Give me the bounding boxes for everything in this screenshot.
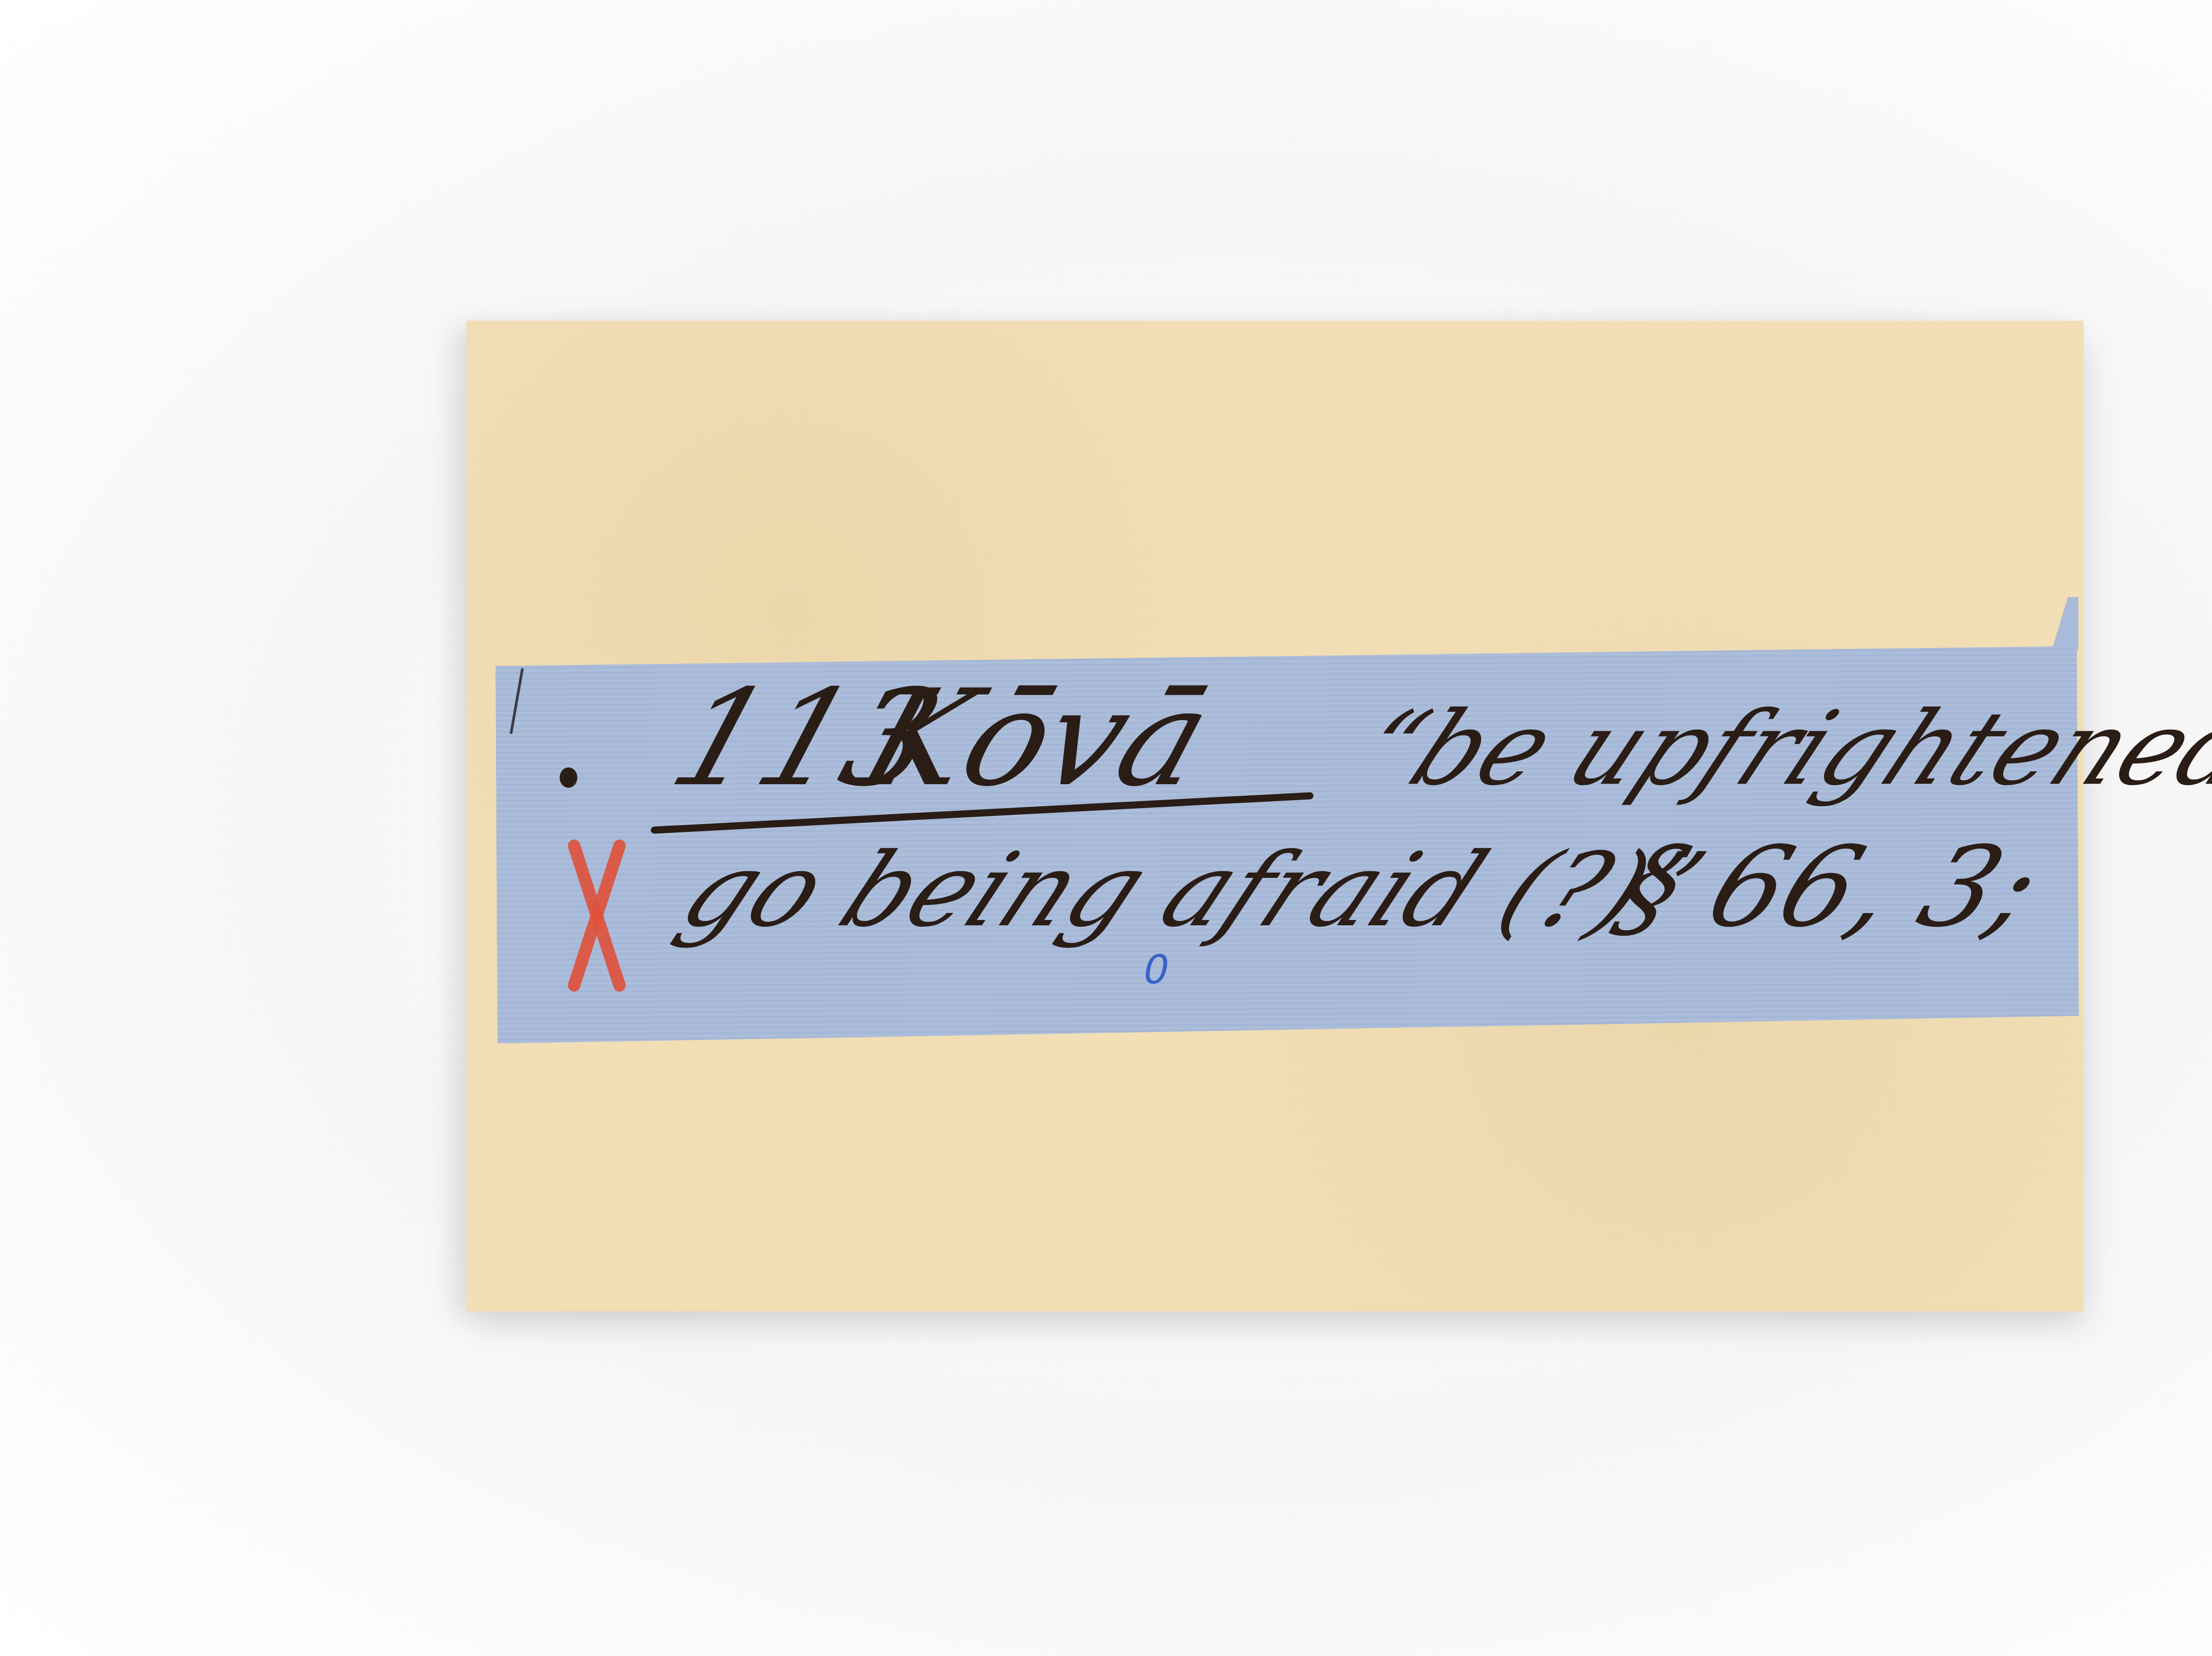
section-reference: § 66, 3; xyxy=(1601,823,2058,951)
red-cross-mark-icon xyxy=(544,840,646,991)
ink-dot xyxy=(560,767,577,788)
gloss-line-2: go being afraid (?)” xyxy=(664,832,1722,950)
headword: Kōvā xyxy=(845,661,1228,816)
gloss-line-1: “be upfrightened, xyxy=(1340,690,2212,808)
